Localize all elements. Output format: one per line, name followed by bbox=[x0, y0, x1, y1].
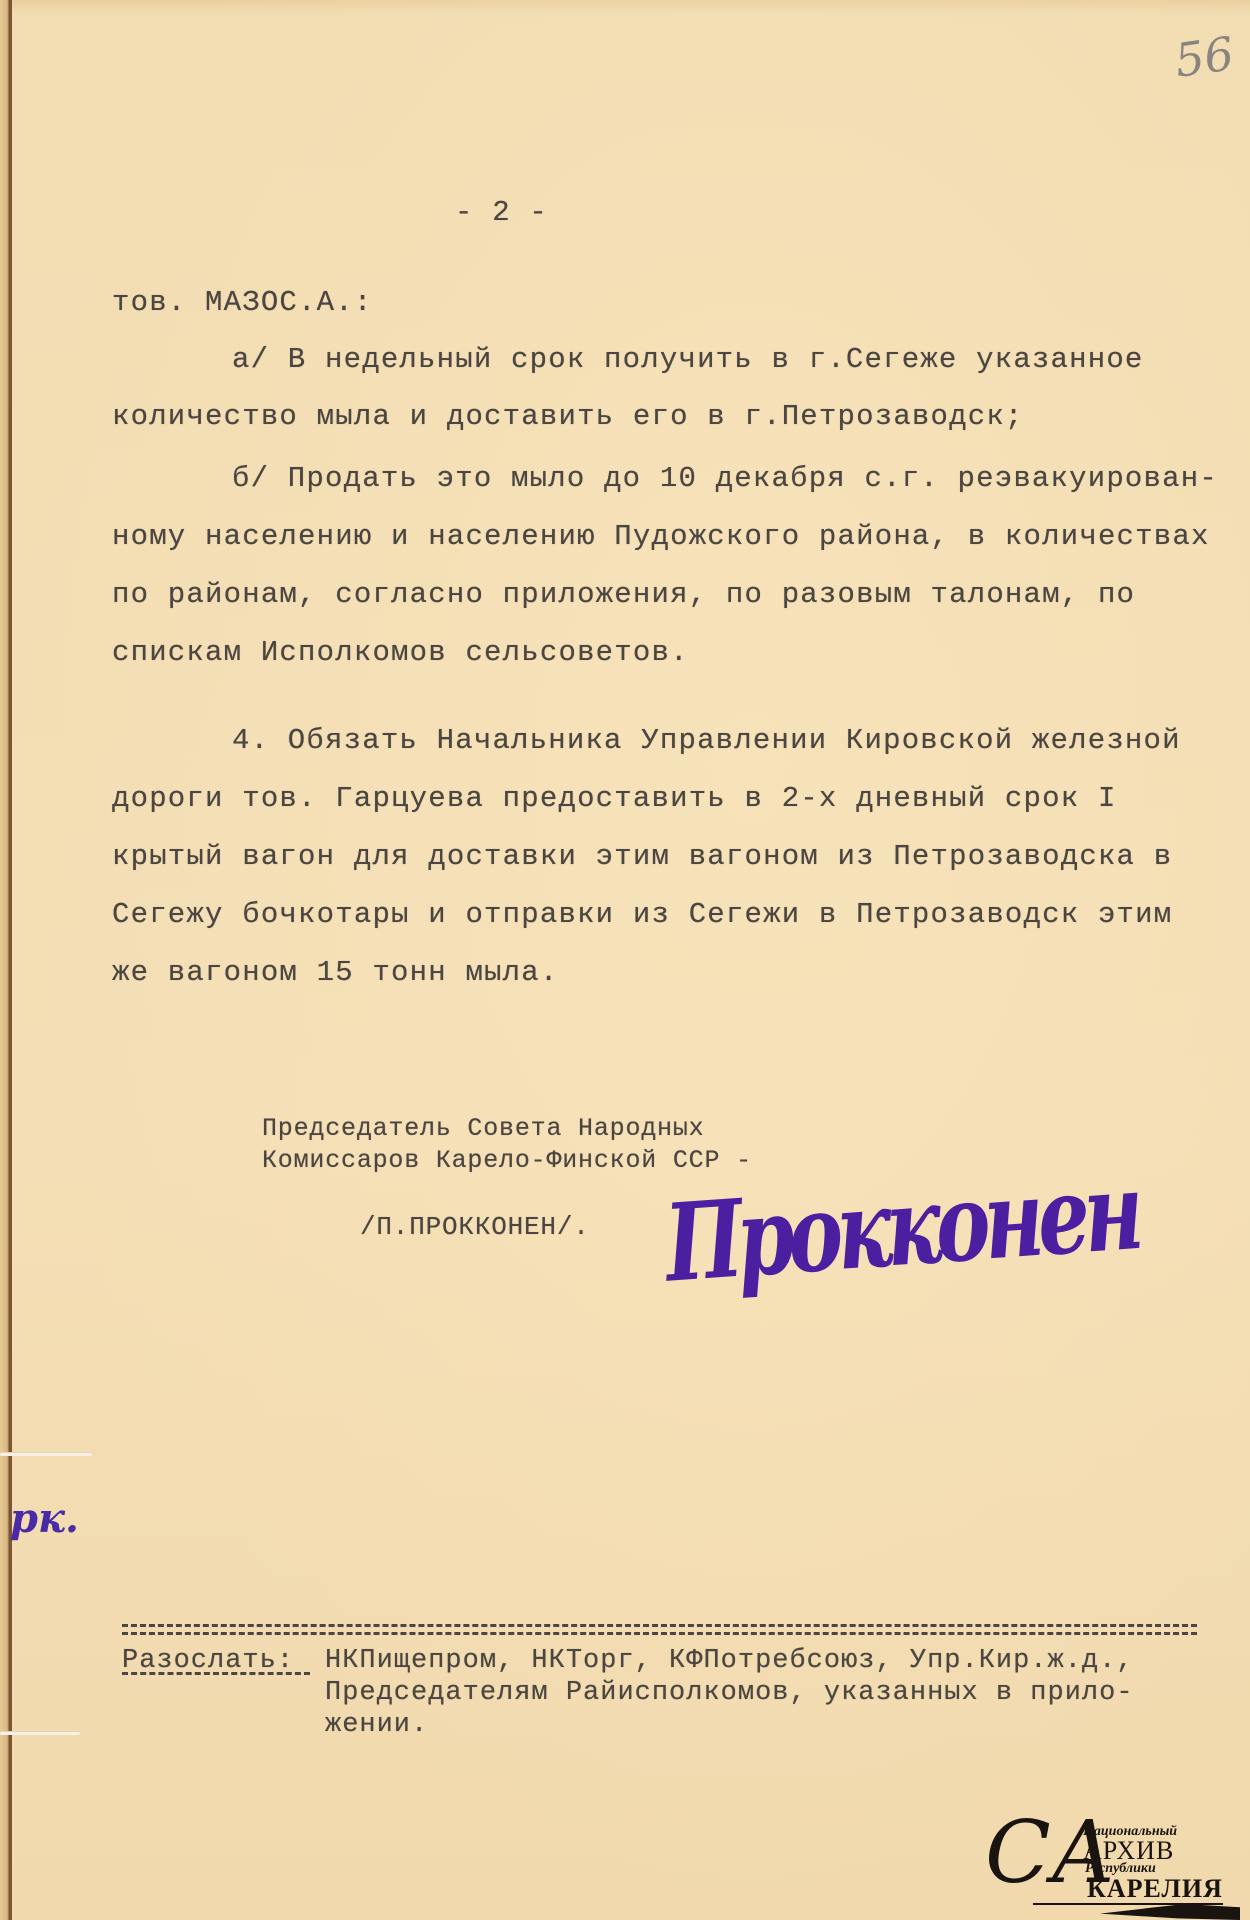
point-4-line-1: 4. Обязать Начальника Управлении Кировск… bbox=[232, 724, 1181, 757]
point-4-line-5: же вагоном 15 тонн мыла. bbox=[112, 956, 558, 989]
document-page: 56 - 2 - тов. МАЗОС.А.: а/ В недельный с… bbox=[0, 0, 1250, 1920]
item-b-line-3: по районам, согласно приложения, по разо… bbox=[112, 578, 1135, 611]
item-a-line-2: количество мыла и доставить его в г.Петр… bbox=[112, 400, 1024, 433]
signatory-title-line-1: Председатель Совета Народных bbox=[262, 1114, 704, 1143]
page-number: - 2 - bbox=[455, 196, 548, 229]
point-4-line-3: крытый вагон для доставки этим вагоном и… bbox=[112, 840, 1172, 873]
signatory-name: /П.ПРОККОНЕН/. bbox=[360, 1212, 590, 1242]
distribution-line-1: НКПищепром, НКТорг, КФПотребсоюз, Упр.Ки… bbox=[325, 1646, 1134, 1676]
archive-logo: СА Национальный АРХИВ Республики КАРЕЛИЯ bbox=[985, 1810, 1245, 1920]
distribution-label-underline bbox=[122, 1672, 310, 1675]
separator-rule bbox=[122, 1632, 1197, 1635]
distribution-line-2: Председателям Райисполкомов, указанных в… bbox=[325, 1678, 1134, 1708]
folio-number: 56 bbox=[1172, 26, 1237, 88]
binding-thread bbox=[0, 1731, 80, 1735]
archive-logo-line-4: КАРЕЛИЯ bbox=[1087, 1874, 1223, 1904]
separator-rule bbox=[122, 1624, 1197, 1627]
margin-note: рк. bbox=[10, 1495, 79, 1542]
binding-thread bbox=[0, 1452, 92, 1456]
binding-line bbox=[10, 0, 12, 1920]
addressee: тов. МАЗОС.А.: bbox=[112, 286, 372, 319]
quill-feather-icon bbox=[1100, 1904, 1240, 1920]
distribution-line-3: жении. bbox=[325, 1710, 428, 1740]
item-b-line-2: ному населению и населению Пудожского ра… bbox=[112, 520, 1210, 553]
item-a-line-1: а/ В недельный срок получить в г.Сегеже … bbox=[232, 343, 1144, 376]
signatory-title-line-2: Комиссаров Карело-Финской ССР - bbox=[262, 1146, 752, 1175]
item-b-line-4: спискам Исполкомов сельсоветов. bbox=[112, 636, 689, 669]
point-4-line-4: Сегежу бочкотары и отправки из Сегежи в … bbox=[112, 898, 1172, 931]
point-4-line-2: дороги тов. Гарцуева предоставить в 2-х … bbox=[112, 782, 1117, 815]
item-b-line-1: б/ Продать это мыло до 10 декабря с.г. р… bbox=[232, 462, 1218, 495]
